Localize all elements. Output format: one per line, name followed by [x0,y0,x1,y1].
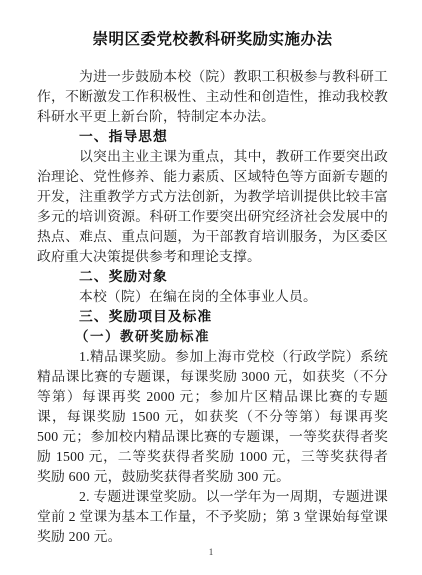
section-heading-guiding-ideology: 一、指导思想 [37,127,388,147]
subsection-heading-teaching-reward-standard: （一）教研奖励标准 [37,327,388,347]
guiding-ideology-paragraph: 以突出主业主课为重点，其中，教研工作要突出政治理论、党性修养、能力素质、区域特色… [37,147,388,267]
reward-targets-paragraph: 本校（院）在编在岗的全体事业人员。 [37,287,388,307]
intro-paragraph: 为进一步鼓励本校（院）教职工积极参与教科研工作，不断激发工作积极性、主动性和创造… [37,67,388,127]
reward-item-1-paragraph: 1.精品课奖励。参加上海市党校（行政学院）系统精品课比赛的专题课，每课奖励 30… [37,347,388,487]
page-number: 1 [0,547,422,558]
reward-item-2-paragraph: 2. 专题进课堂奖励。以一学年为一周期，专题进课堂前 2 堂课为基本工作量，不予… [37,487,388,547]
section-heading-reward-items-standards: 三、奖励项目及标准 [37,307,388,327]
document-content: 崇明区委党校教科研奖励实施办法 为进一步鼓励本校（院）教职工积极参与教科研工作，… [37,28,388,547]
document-title: 崇明区委党校教科研奖励实施办法 [37,28,388,51]
section-heading-reward-targets: 二、奖励对象 [37,267,388,287]
document-page: 崇明区委党校教科研奖励实施办法 为进一步鼓励本校（院）教职工积极参与教科研工作，… [0,0,422,575]
